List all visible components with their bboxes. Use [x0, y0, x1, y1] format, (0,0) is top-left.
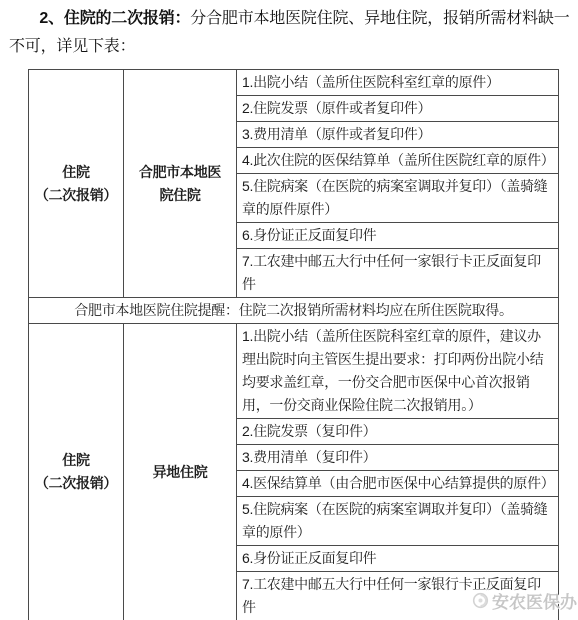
- category-cell-local: 住院 （二次报销）: [29, 70, 124, 298]
- table-row: 住院 （二次报销） 异地住院 1.出院小结（盖所住医院科室红章的原件，建议办理出…: [29, 324, 559, 419]
- material-item: 7.工农建中邮五大行中任何一家银行卡正反面复印件: [237, 249, 559, 298]
- category-line: 住院: [34, 161, 118, 184]
- material-item: 3.费用清单（复印件）: [237, 445, 559, 471]
- material-item: 2.住院发票（复印件）: [237, 419, 559, 445]
- reimbursement-materials-table: 住院 （二次报销） 合肥市本地医 院住院 1.出院小结（盖所住医院科室红章的原件…: [28, 69, 559, 620]
- material-item: 1.出院小结（盖所住医院科室红章的原件，建议办理出院时向主管医生提出要求：打印两…: [237, 324, 559, 419]
- material-item: 7.工农建中邮五大行中任何一家银行卡正反面复印件: [237, 572, 559, 620]
- reminder-note: 合肥市本地医院住院提醒：住院二次报销所需材料均应在所住医院取得。: [29, 298, 559, 324]
- subcategory-cell-local: 合肥市本地医 院住院: [124, 70, 237, 298]
- category-line: 住院: [34, 449, 118, 472]
- table-row-reminder: 合肥市本地医院住院提醒：住院二次报销所需材料均应在所住医院取得。: [29, 298, 559, 324]
- section-heading-number-title: 2、住院的二次报销：: [39, 10, 190, 27]
- material-item: 6.身份证正反面复印件: [237, 546, 559, 572]
- subcategory-line: 合肥市本地医: [129, 161, 231, 184]
- subcategory-line: 异地住院: [129, 461, 231, 484]
- material-item: 3.费用清单（原件或者复印件）: [237, 122, 559, 148]
- subcategory-line: 院住院: [129, 184, 231, 207]
- subcategory-cell-remote: 异地住院: [124, 324, 237, 620]
- material-item: 6.身份证正反面复印件: [237, 223, 559, 249]
- material-item: 1.出院小结（盖所住医院科室红章的原件）: [237, 70, 559, 96]
- material-item: 5.住院病案（在医院的病案室调取并复印）（盖骑缝章的原件原件）: [237, 174, 559, 223]
- category-cell-remote: 住院 （二次报销）: [29, 324, 124, 620]
- material-item: 4.医保结算单（由合肥市医保中心结算提供的原件）: [237, 471, 559, 497]
- material-item: 2.住院发票（原件或者复印件）: [237, 96, 559, 122]
- document-page: 2、住院的二次报销：分合肥市本地医院住院、异地住院，报销所需材料缺一不可，详见下…: [0, 0, 578, 620]
- material-item: 4.此次住院的医保结算单（盖所住医院红章的原件）: [237, 148, 559, 174]
- category-line: （二次报销）: [34, 184, 118, 207]
- category-line: （二次报销）: [34, 472, 118, 495]
- section-heading: 2、住院的二次报销：分合肥市本地医院住院、异地住院，报销所需材料缺一不可，详见下…: [9, 5, 572, 61]
- material-item: 5.住院病案（在医院的病案室调取并复印）（盖骑缝章的原件）: [237, 497, 559, 546]
- table-row: 住院 （二次报销） 合肥市本地医 院住院 1.出院小结（盖所住医院科室红章的原件…: [29, 70, 559, 96]
